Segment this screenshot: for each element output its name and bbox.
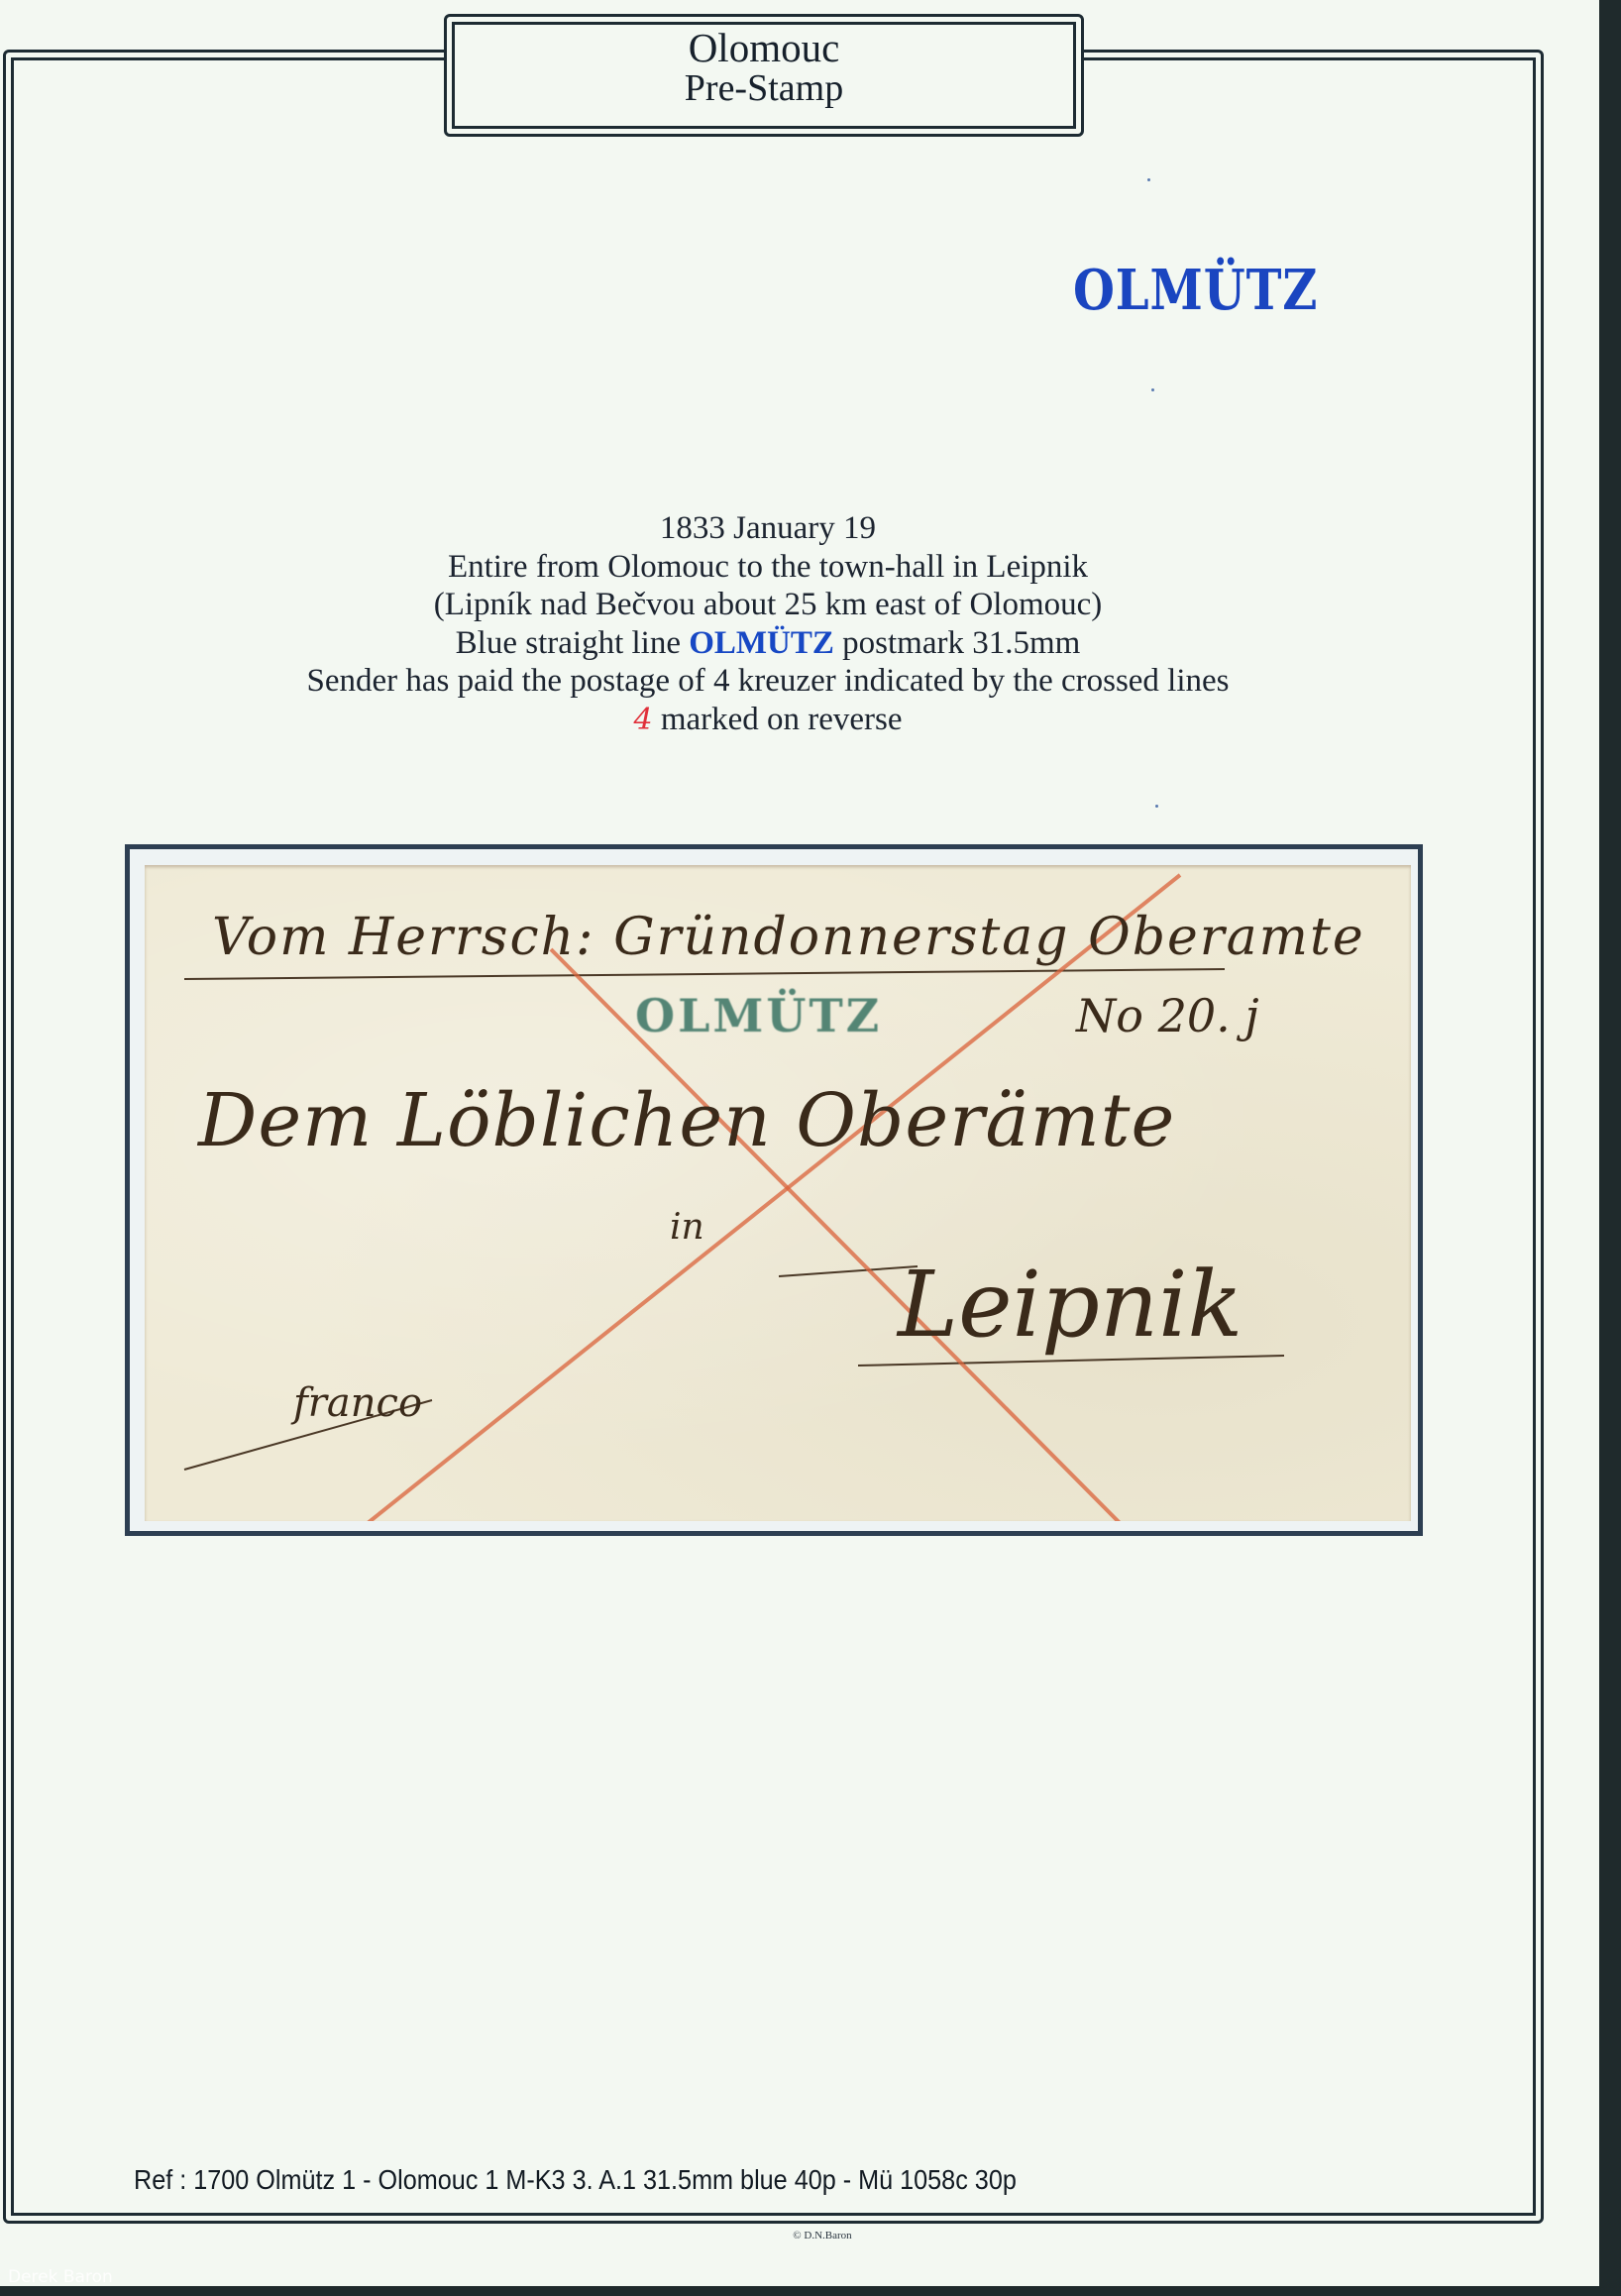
catalogue-reference: Ref : 1700 Olmütz 1 - Olomouc 1 M-K3 3. … bbox=[134, 2163, 1017, 2197]
page-title: Olomouc bbox=[452, 25, 1076, 70]
description-date: 1833 January 19 bbox=[168, 509, 1367, 548]
watermark: Derek Baron bbox=[8, 2267, 113, 2287]
cross-line-2 bbox=[348, 875, 1180, 1521]
description-location: (Lipník nad Bečvou about 25 km east of O… bbox=[168, 586, 1367, 624]
cover-image: OLMÜTZ Vom Herrsch: Gründonnerstag Obera… bbox=[145, 865, 1411, 1521]
handwriting-franco: franco bbox=[293, 1380, 422, 1426]
description-block: 1833 January 19 Entire from Olomouc to t… bbox=[168, 509, 1367, 739]
description-route: Entire from Olomouc to the town-hall in … bbox=[168, 548, 1367, 587]
copyright-notice: © D.N.Baron bbox=[694, 2230, 951, 2241]
scan-speck bbox=[1155, 805, 1158, 808]
description-postmark-prefix: Blue straight line bbox=[456, 625, 690, 661]
description-reverse-text: marked on reverse bbox=[653, 702, 903, 737]
scan-edge-bottom bbox=[0, 2286, 1621, 2296]
description-postmark: Blue straight line OLMÜTZ postmark 31.5m… bbox=[168, 624, 1367, 663]
page-subtitle: Pre-Stamp bbox=[452, 67, 1076, 109]
description-reverse: 4 marked on reverse bbox=[168, 701, 1367, 740]
handwriting-city: Leipnik bbox=[898, 1252, 1243, 1358]
scan-speck bbox=[1151, 388, 1154, 391]
red-4-mark: 4 bbox=[633, 703, 652, 737]
cover-postmark: OLMÜTZ bbox=[635, 989, 882, 1042]
description-postmark-name: OLMÜTZ bbox=[689, 625, 834, 661]
description-postage: Sender has paid the postage of 4 kreuzer… bbox=[168, 662, 1367, 701]
handwriting-number: No 20. j bbox=[1076, 989, 1259, 1042]
handwriting-in: in bbox=[670, 1207, 704, 1248]
description-postmark-suffix: postmark 31.5mm bbox=[834, 625, 1080, 661]
scan-speck bbox=[1147, 178, 1150, 181]
postmark-replica: OLMÜTZ bbox=[1073, 260, 1303, 321]
scan-edge-right bbox=[1599, 0, 1621, 2296]
handwriting-addressee: Dem Löblichen Oberämte bbox=[198, 1078, 1175, 1163]
handwriting-sender: Vom Herrsch: Gründonnerstag Oberamte bbox=[212, 908, 1365, 967]
